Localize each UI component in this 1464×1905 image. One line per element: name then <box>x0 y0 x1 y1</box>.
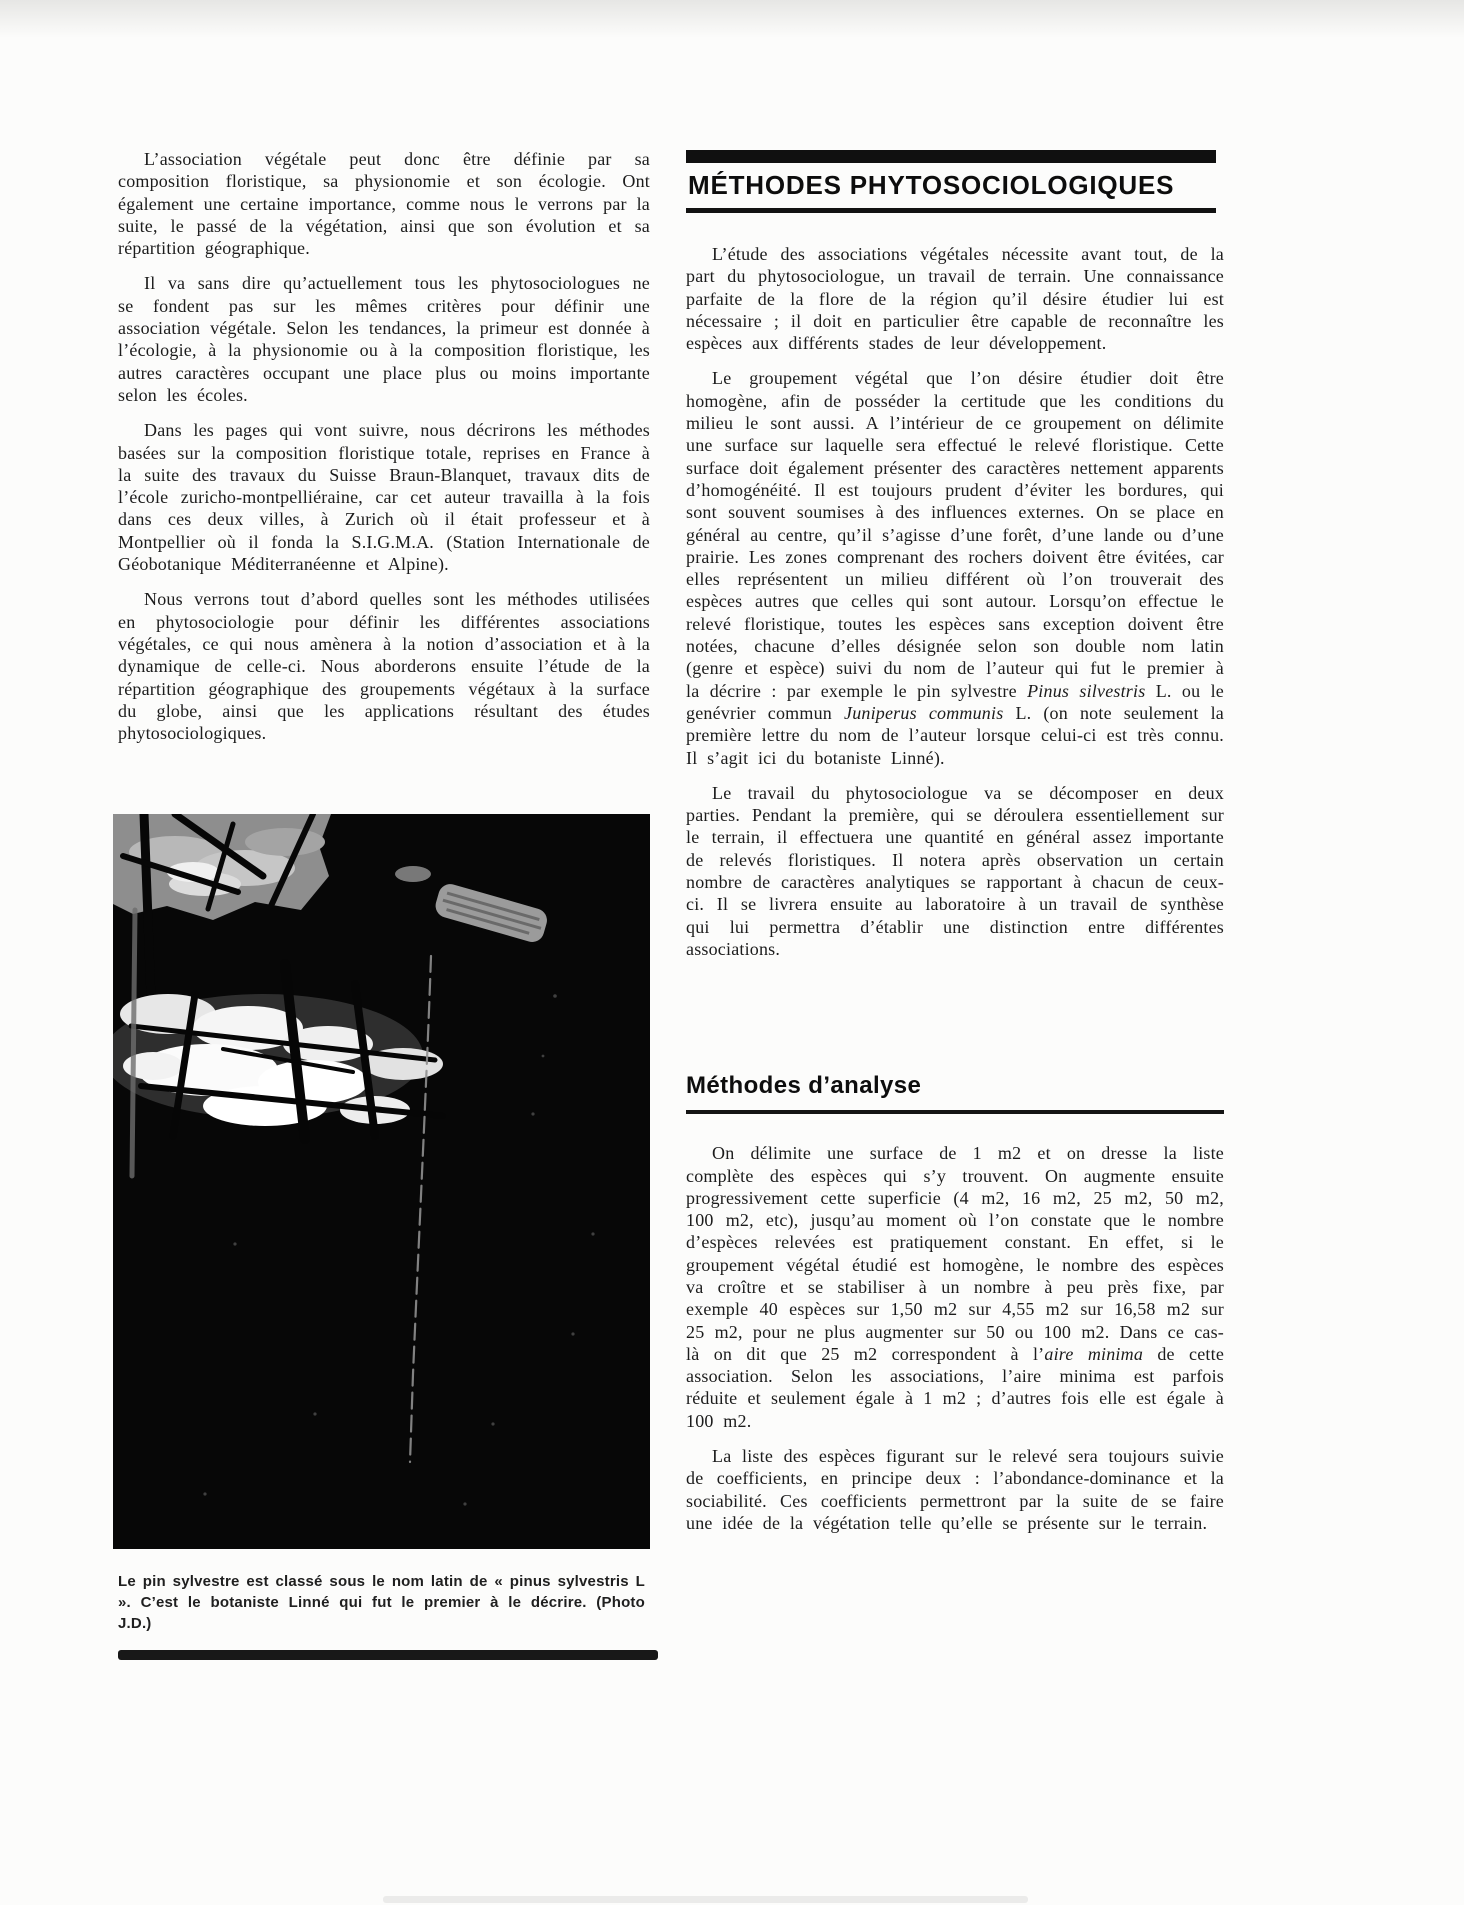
paragraph: Dans les pages qui vont suivre, nous déc… <box>118 419 650 575</box>
scan-mark-bottom <box>383 1896 1028 1903</box>
paragraph: Le groupement végétal que l’on désire ét… <box>686 367 1224 768</box>
paragraph: Nous verrons tout d’abord quelles sont l… <box>118 588 650 744</box>
section-heading: MÉTHODES PHYTOSOCIOLOGIQUES <box>688 170 1224 200</box>
paragraph: Le travail du phytosociologue va se déco… <box>686 782 1224 960</box>
heading-top-bar <box>686 150 1216 163</box>
paragraph: L’association végétale peut donc être dé… <box>118 148 650 259</box>
paragraph-text: On délimite une surface de 1 m2 et on dr… <box>686 1143 1224 1364</box>
emphasized-term: aire minima <box>1044 1344 1143 1364</box>
paragraph: L’étude des associations végétales néces… <box>686 243 1224 354</box>
scanned-book-page: { "document": { "left": { "p1": "L’assoc… <box>0 0 1464 1905</box>
left-column: L’association végétale peut donc être dé… <box>118 148 650 1660</box>
subheading-underline <box>686 1110 1224 1114</box>
photo-caption: Le pin sylvestre est classé sous le nom … <box>118 1571 645 1634</box>
caption-divider-rule <box>118 1650 658 1660</box>
pine-forest-photo-illustration <box>113 814 650 1549</box>
right-column: MÉTHODES PHYTOSOCIOLOGIQUES L’étude des … <box>686 150 1224 1547</box>
heading-underline <box>686 208 1216 213</box>
scan-shadow-top <box>0 0 1464 38</box>
paragraph: La liste des espèces figurant sur le rel… <box>686 1445 1224 1534</box>
pine-forest-photo <box>113 814 650 1549</box>
paragraph-text: Le groupement végétal que l’on désire ét… <box>686 368 1224 700</box>
paragraph: On délimite une surface de 1 m2 et on dr… <box>686 1142 1224 1432</box>
paragraph: Il va sans dire qu’actuellement tous les… <box>118 272 650 406</box>
latin-species-name: Juniperus communis <box>844 703 1003 723</box>
subsection-heading: Méthodes d’analyse <box>686 1072 1224 1100</box>
latin-species-name: Pinus silvestris <box>1027 681 1145 701</box>
